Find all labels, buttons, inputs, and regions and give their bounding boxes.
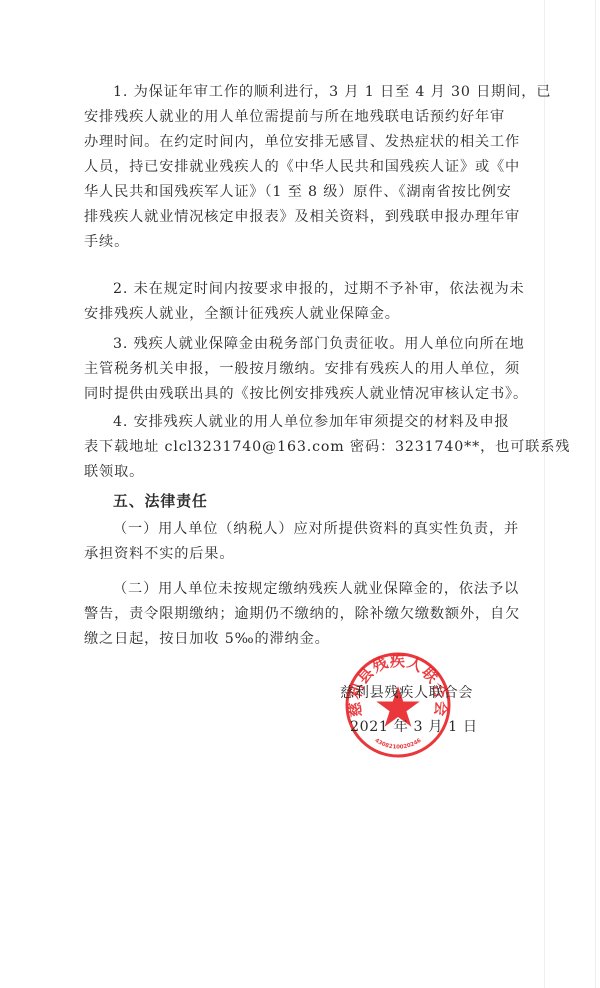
legal2-line: 缴之日起，按日加收 5‰的滞纳金。	[84, 629, 330, 649]
official-seal-stamp: 慈利县残疾人联合会 4308210020246	[343, 650, 453, 760]
legal1-line: 承担资料不实的后果。	[84, 544, 234, 564]
item3-line: 同时提供由残联出具的《按比例安排残疾人就业情况审核认定书》。	[84, 384, 528, 404]
item1-line: 办理时间。在约定时间内，单位安排无感冒、发热症状的相关工作	[84, 132, 520, 152]
document-page: 1. 为保证年审工作的顺利进行，3 月 1 日至 4 月 30 日期间，已 安排…	[0, 0, 600, 988]
item1-line: 人员，持已安排就业残疾人的《中华人民共和国残疾人证》或《中	[84, 157, 520, 177]
item4-line: 联领取。	[84, 462, 144, 482]
item2-line: 安排残疾人就业，全额计征残疾人就业保障金。	[84, 304, 400, 324]
item4-line: 4. 安排残疾人就业的用人单位参加年审须提交的材料及申报	[113, 412, 510, 432]
item3-line: 3. 残疾人就业保障金由税务部门负责征收。用人单位向所在地	[113, 334, 525, 354]
item3-line: 主管税务机关申报，一般按月缴纳。安排有残疾人的用人单位，须	[84, 359, 520, 379]
svg-text:4308210020246: 4308210020246	[374, 738, 423, 751]
item4-line: 表下载地址 clcl3231740@163.com 密码：3231740**，也…	[84, 437, 570, 457]
legal2-line: 警告，责令限期缴纳；逾期仍不缴纳的，除补缴欠缴数额外，自欠	[84, 604, 520, 624]
signature-organization: 慈利县残疾人联合会	[340, 682, 473, 702]
item1-line: 1. 为保证年审工作的顺利进行，3 月 1 日至 4 月 30 日期间，已	[113, 82, 551, 102]
item1-line: 华人民共和国残疾军人证》（1 至 8 级）原件、《湖南省按比例安	[84, 182, 512, 202]
item1-line: 排残疾人就业情况核定申报表》及相关资料，到残联申报办理年审	[84, 207, 520, 227]
legal1-line: （一）用人单位（纳税人）应对所提供资料的真实性负责，并	[113, 519, 519, 539]
scan-edge-line	[595, 0, 596, 988]
scan-edge-line	[544, 0, 545, 988]
item2-line: 2. 未在规定时间内按要求申报的，过期不予补审，依法视为未	[113, 279, 525, 299]
item1-line: 安排残疾人就业的用人单位需提前与所在地残联电话预约好年审	[84, 107, 505, 127]
legal2-line: （二）用人单位未按规定缴纳残疾人就业保障金的，依法予以	[113, 579, 519, 599]
section-heading: 五、法律责任	[113, 492, 208, 512]
item1-line: 手续。	[84, 232, 129, 252]
seal-code: 4308210020246	[374, 738, 423, 751]
signature-date: 2021 年 3 月 1 日	[350, 716, 478, 736]
